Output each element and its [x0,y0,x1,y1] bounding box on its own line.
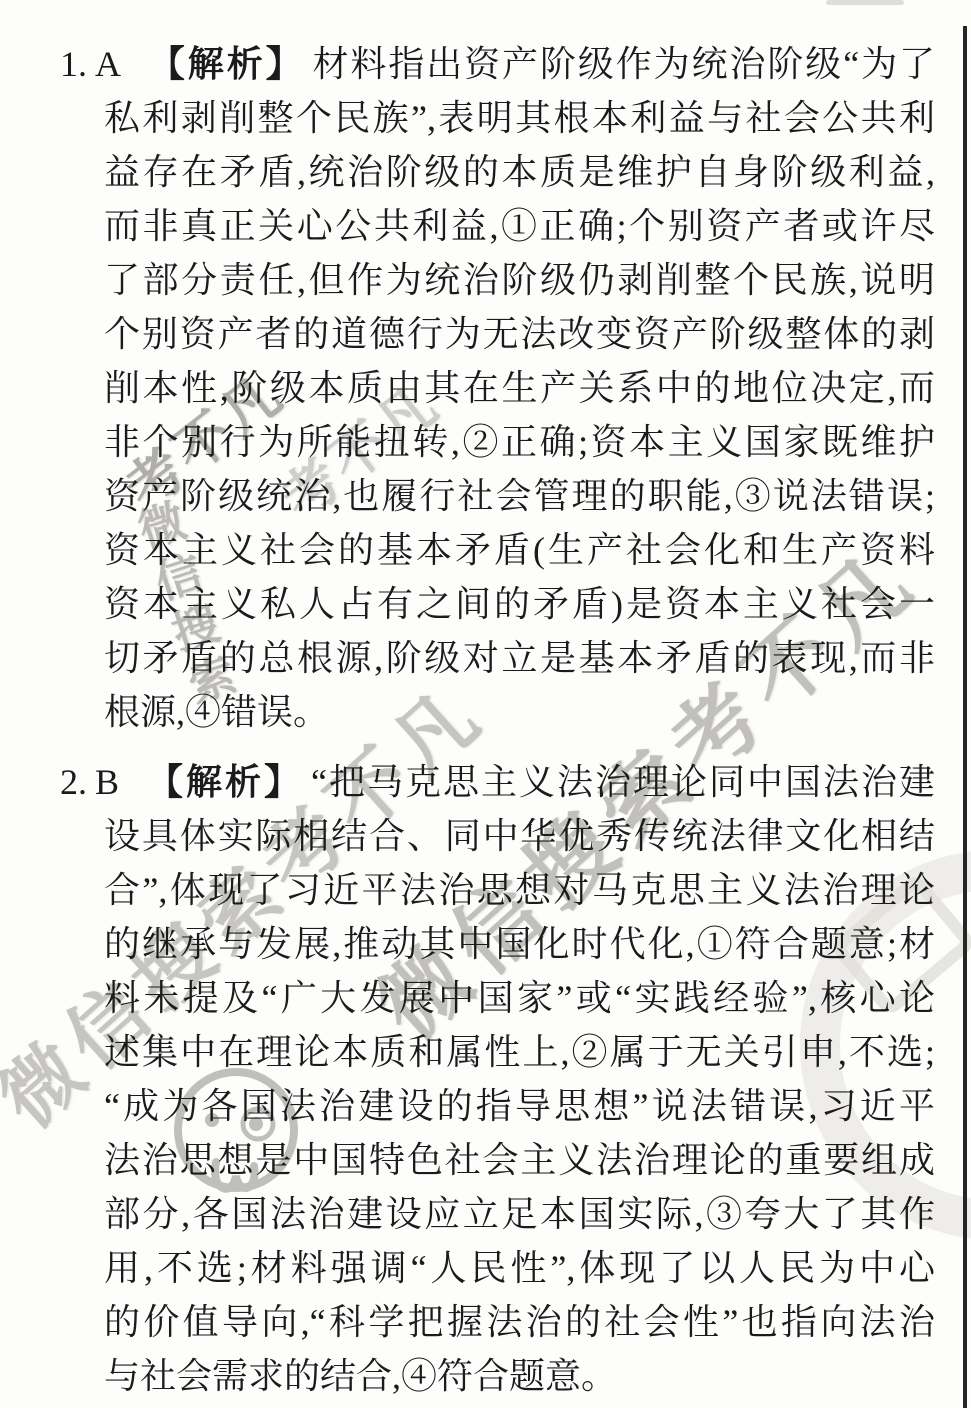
question-number: 2. [60,762,87,802]
answer-line: 用,不选;材料强调“人民性”,体现了以人民为中心 [104,1241,935,1295]
answer-line: 切矛盾的总根源,阶级对立是基本矛盾的表现,而非 [104,631,935,685]
page-edge-line [963,26,967,1408]
analysis-label: 【解析】 [145,761,303,802]
answer-letter: B [95,762,119,802]
answer-line: 法治思想是中国特色社会主义法治理论的重要组成 [104,1133,935,1187]
answer-line: 个别资产者的道德行为无法改变资产阶级整体的剥 [104,307,935,361]
analysis-label: 【解析】 [147,43,305,84]
analysis-text: “把马克思主义法治理论同中国法治建 [311,762,935,802]
answer-letter: A [95,44,121,84]
answer-line: 非个别行为所能扭转,②正确;资本主义国家既维护 [104,415,935,469]
answer-line: 的价值导向,“科学把握法治的社会性”也指向法治 [104,1295,935,1349]
answer-line: 料未提及“广大发展中国家”或“实践经验”,核心论 [104,971,935,1025]
answer-key-content: 1.A【解析】材料指出资产阶级作为统治阶级“为了 私利剥削整个民族”,表明其根本… [0,0,971,1408]
answer-line: 合”,体现了习近平法治思想对马克思主义法治理论 [104,863,935,917]
answer-line: “成为各国法治建设的指导思想”说法错误,习近平 [104,1079,935,1133]
answer-1-heading-line: 1.A【解析】材料指出资产阶级作为统治阶级“为了 [60,37,935,91]
answer-line: 根源,④错误。 [104,685,935,739]
answer-line: 了部分责任,但作为统治阶级仍剥削整个民族,说明 [104,253,935,307]
answer-line: 与社会需求的结合,④符合题意。 [104,1349,935,1403]
answer-line: 述集中在理论本质和属性上,②属于无关引申,不选; [104,1025,935,1079]
answer-line: 而非真正关心公共利益,①正确;个别资产者或许尽 [104,199,935,253]
answer-line: 设具体实际相结合、同中华优秀传统法律文化相结 [104,809,935,863]
analysis-text: 材料指出资产阶级作为统治阶级“为了 [313,44,935,84]
scanned-answer-page: { "items": [ { "number": "1.", "answer":… [0,0,971,1408]
answer-line: 资产阶级统治,也履行社会管理的职能,③说法错误; [104,469,935,523]
answer-line: 削本性,阶级本质由其在生产关系中的地位决定,而 [104,361,935,415]
answer-line: 益存在矛盾,统治阶级的本质是维护自身阶级利益, [104,145,935,199]
answer-line: 资本主义社会的基本矛盾(生产社会化和生产资料 [104,523,935,577]
answer-line: 的继承与发展,推动其中国化时代化,①符合题意;材 [104,917,935,971]
answer-line: 私利剥削整个民族”,表明其根本利益与社会公共利 [104,91,935,145]
question-number: 1. [60,44,87,84]
answer-2-heading-line: 2.B【解析】“把马克思主义法治理论同中国法治建 [60,755,935,809]
answer-line: 资本主义私人占有之间的矛盾)是资本主义社会一 [104,577,935,631]
answer-line: 部分,各国法治建设应立足本国实际,③夸大了其作 [104,1187,935,1241]
